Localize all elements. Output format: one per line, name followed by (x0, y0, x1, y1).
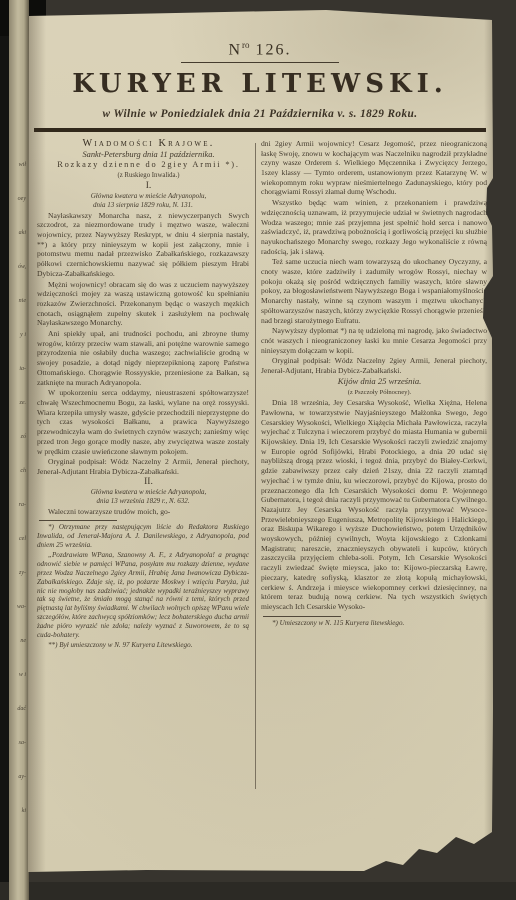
right-column: dni 2giey Armii wojownicy! Cesarz Jegomo… (261, 139, 487, 629)
footnote-rule (39, 520, 117, 521)
signature-line: Oryginał podpisał: Wódz Naczelny 2giey A… (261, 356, 487, 375)
signature-line: Oryginał podpisał: Wódz Naczelny 2 Armii… (37, 457, 249, 476)
body-paragraph: Dnia 18 września, Jey Cesarska Wysokość,… (261, 398, 487, 611)
body-paragraph: Waleczni towarzysze trudów moich, go- (37, 507, 249, 517)
hq-place: Główna kwatera w mieście Adryanopolu, (91, 192, 207, 200)
body-paragraph: dni 2giey Armii wojownicy! Cesarz Jegomo… (261, 139, 487, 197)
body-paragraph: Ani spiekły upał, ani trudności pochodu,… (37, 329, 249, 387)
facing-page-sliver: wił oey aki ów, nie y i ia- ze. zó ch ra… (9, 0, 29, 900)
headquarters-line: Główna kwatera w mieście Adryanopola,dni… (37, 488, 249, 505)
section-subtitle: Rozkazy dzienne do 2giey Armii *). (37, 160, 249, 170)
masthead-dateline: w Wilnie w Poniedzialek dnia 21 Paździer… (26, 108, 494, 120)
hq-date: dnia 13 września 1829 r., N. 632. (97, 497, 190, 505)
issue-value: 126. (250, 41, 292, 58)
kijow-source: (z Pszczoły Północney). (261, 388, 487, 398)
footnote: **) Był umieszczony w N. 97 Kuryera Lite… (37, 641, 249, 650)
body-paragraph: Mężni wojownicy! obracam się do was z uc… (37, 280, 249, 329)
scan-left-edge (0, 0, 9, 900)
part-numeral: I. (37, 182, 249, 192)
kijow-heading: Kijów dnia 25 września. (261, 377, 487, 387)
left-column: Wiadomości Krajowe. Sankt-Petersburg dni… (37, 139, 249, 651)
footnote-rule (263, 616, 341, 617)
part-numeral: II. (37, 478, 249, 488)
column-divider-rule (255, 143, 256, 789)
issue-number: Nro 126. (26, 40, 494, 59)
bleed-through-text: wił oey aki ów, nie y i ia- ze. zó ch ra… (9, 0, 29, 828)
section-dateline: Sankt-Petersburg dnia 11 października. (37, 150, 249, 160)
body-paragraph: W upokorzeniu serca oddaymy, nieustrasze… (37, 388, 249, 456)
section-title: Wiadomości Krajowe. (37, 139, 249, 149)
body-paragraph: Naywyższy dyplomat *) na tę udzieloną mi… (261, 326, 487, 355)
newspaper-page: Nro 126. KURYER LITEWSKI. w Wilnie w Pon… (26, 8, 494, 880)
masthead: Nro 126. KURYER LITEWSKI. w Wilnie w Pon… (26, 40, 494, 132)
issue-rule (181, 62, 339, 63)
columns: Wiadomości Krajowe. Sankt-Petersburg dni… (26, 132, 494, 789)
footnote: *) Umieszczony w N. 115 Kuryera litewski… (261, 619, 487, 628)
newspaper-scan: wił oey aki ów, nie y i ia- ze. zó ch ra… (0, 0, 516, 900)
body-paragraph: Wszystko będąc wam winien, z przekonanie… (261, 198, 487, 256)
section-source: (z Ruskiego Inwalida.) (37, 171, 249, 181)
body-paragraph: Też same uczucia niech wam towarzyszą do… (261, 257, 487, 325)
hq-date: dnia 13 sierpnia 1829 roku, N. 131. (93, 201, 193, 209)
newspaper-title: KURYER LITEWSKI. (26, 69, 494, 99)
footnote: „Pozdrawiam WPana, Szanowny A. F., z Adr… (37, 551, 249, 640)
headquarters-line: Główna kwatera w mieście Adryanopolu,dni… (37, 192, 249, 209)
issue-prefix: N (228, 41, 242, 58)
scan-bottom-edge (0, 882, 516, 900)
hq-place: Główna kwatera w mieście Adryanopola, (91, 488, 207, 496)
footnote: *) Otrzymane przy następującym liście do… (37, 523, 249, 550)
body-paragraph: Nayłaskawszy Monarcha nasz, z niewyczerp… (37, 211, 249, 279)
issue-superscript: ro (242, 40, 250, 50)
